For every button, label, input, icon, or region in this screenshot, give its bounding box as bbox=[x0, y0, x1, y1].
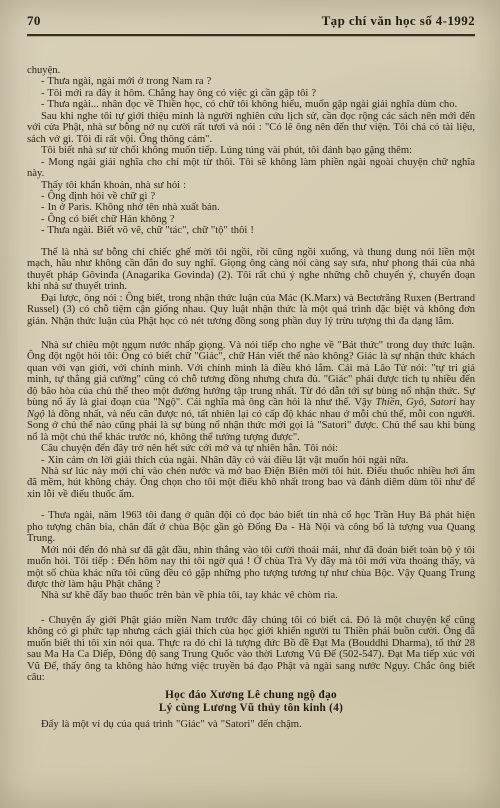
dialogue-line: - Thưa ngài, năm 1963 tôi đang ở quân độ… bbox=[27, 510, 475, 544]
dialogue-line: - In ở Paris. Không nhớ tên nhà xuất bản… bbox=[27, 202, 475, 213]
dialogue-line: - Thưa ngài, ngài mới ở trong Nam ra ? bbox=[27, 76, 475, 87]
page-body: chuyện. - Thưa ngài, ngài mới ở trong Na… bbox=[27, 65, 475, 730]
verse-couplet: Học đáo Xương Lê chung ngộ đạo Lý cùng L… bbox=[27, 689, 475, 716]
paragraph: Tôi biết nhà sư từ chối không muốn tiếp.… bbox=[27, 145, 475, 156]
paragraph: Mới nói đến đó nhà sư đã gật đầu, nhìn t… bbox=[27, 545, 475, 591]
paragraph: Thấy tôi khẩn khoản, nhà sư hỏi : bbox=[27, 180, 475, 191]
paragraph-continuation: chuyện. bbox=[27, 65, 475, 76]
paragraph: Đại lược, ông nói : Ông biết, trong nhận… bbox=[27, 293, 475, 327]
dialogue-line: - Mong ngài giải nghĩa cho chỉ một từ th… bbox=[27, 157, 475, 180]
dialogue-line: - Tôi mới ra đây ít hôm. Chẳng hay ông c… bbox=[27, 88, 475, 99]
dialogue-line: - Xin cảm ơn lời giải thích của ngài. Nh… bbox=[27, 455, 475, 466]
document-page: 70 Tạp chí văn học số 4-1992 chuyện. - T… bbox=[0, 0, 500, 808]
verse-line: Lý cùng Lương Vũ thủy tôn kinh (4) bbox=[27, 702, 475, 716]
dialogue-line: - Chuyện ấy giới Phật giáo miền Nam trướ… bbox=[27, 615, 475, 684]
header-rule bbox=[27, 34, 475, 36]
paragraph: Sau khi nghe tôi tự giới thiệu mình là n… bbox=[27, 111, 475, 145]
dialogue-line: - Thưa ngài... nhân đọc về Thiền học, có… bbox=[27, 99, 475, 110]
paragraph: Câu chuyện đến đây trở nên hết sức cởi m… bbox=[27, 443, 475, 454]
dialogue-line: - Thưa ngài. Biết võ vẽ, chữ "tác", chữ … bbox=[27, 225, 475, 236]
dialogue-line: - Ông có biết chữ Hán không ? bbox=[27, 214, 475, 225]
journal-title: Tạp chí văn học số 4-1992 bbox=[322, 13, 475, 29]
page-header: 70 Tạp chí văn học số 4-1992 bbox=[27, 13, 475, 29]
page-number: 70 bbox=[27, 13, 41, 29]
paragraph: Nhà sư khẽ đẩy bao thuốc trên bàn về phí… bbox=[27, 590, 475, 601]
paragraph: Nhà sư lúc này mới chỉ vào chén nước và … bbox=[27, 466, 475, 500]
verse-line: Học đáo Xương Lê chung ngộ đạo bbox=[27, 689, 475, 703]
closing-line: Đấy là một ví dụ của quá trình "Giác" và… bbox=[27, 719, 475, 730]
dialogue-line: - Ông định hỏi về chữ gì ? bbox=[27, 191, 475, 202]
paragraph: Thế là nhà sư bỗng chỉ chiếc ghế mời tôi… bbox=[27, 247, 475, 293]
paragraph: Nhà sư chiêu một ngụm nước nhấp giọng. V… bbox=[27, 340, 475, 443]
